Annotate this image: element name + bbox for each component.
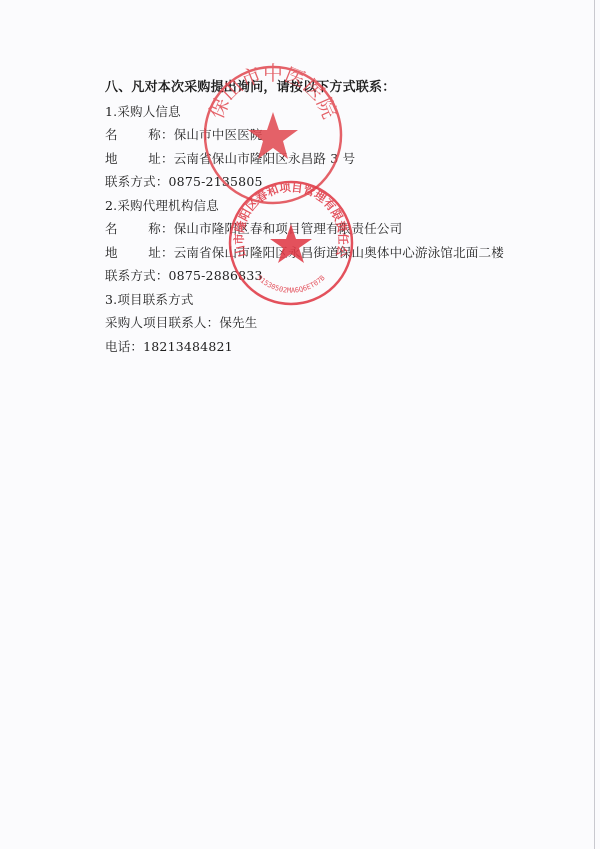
section-heading: 八、凡对本次采购提出询问，请按以下方式联系： xyxy=(105,76,565,100)
contact-person-label: 采购人项目联系人 xyxy=(105,311,207,335)
agency-name: 保山市隆阳区春和项目管理有限责任公司 xyxy=(174,221,403,236)
contact-person: 保先生 xyxy=(219,315,257,330)
purchaser-contact-row: 联系方式：0875-2135805 xyxy=(105,170,565,194)
purchaser-address: 云南省保山市隆阳区永昌路 3 号 xyxy=(174,151,356,166)
name-label: 名称 xyxy=(105,123,161,147)
purchaser-title: 1.采购人信息 xyxy=(105,100,565,124)
contact-label: 联系方式 xyxy=(105,264,156,288)
contact-label: 联系方式 xyxy=(105,170,156,194)
scan-edge-line xyxy=(594,0,595,849)
project-phone: 18213484821 xyxy=(143,339,233,354)
purchaser-phone: 0875-2135805 xyxy=(169,174,263,189)
name-label: 名称 xyxy=(105,217,161,241)
agency-address-row: 地址：云南省保山市隆阳区永昌街道保山奥体中心游泳馆北面二楼 xyxy=(105,241,565,265)
document-page: 八、凡对本次采购提出询问，请按以下方式联系： 1.采购人信息 名称：保山市中医医… xyxy=(0,0,600,849)
agency-contact-row: 联系方式：0875-2886833 xyxy=(105,264,565,288)
agency-phone: 0875-2886833 xyxy=(169,268,263,283)
purchaser-name-row: 名称：保山市中医医院 xyxy=(105,123,565,147)
project-phone-row: 电话：18213484821 xyxy=(105,335,565,359)
document-body: 八、凡对本次采购提出询问，请按以下方式联系： 1.采购人信息 名称：保山市中医医… xyxy=(105,76,565,358)
agency-title: 2.采购代理机构信息 xyxy=(105,194,565,218)
project-contact-person-row: 采购人项目联系人：保先生 xyxy=(105,311,565,335)
agency-name-row: 名称：保山市隆阳区春和项目管理有限责任公司 xyxy=(105,217,565,241)
purchaser-name: 保山市中医医院 xyxy=(174,127,263,142)
address-label: 地址 xyxy=(105,147,161,171)
phone-label: 电话 xyxy=(105,335,130,359)
agency-address: 云南省保山市隆阳区永昌街道保山奥体中心游泳馆北面二楼 xyxy=(174,245,504,260)
address-label: 地址 xyxy=(105,241,161,265)
purchaser-address-row: 地址：云南省保山市隆阳区永昌路 3 号 xyxy=(105,147,565,171)
project-contact-title: 3.项目联系方式 xyxy=(105,288,565,312)
